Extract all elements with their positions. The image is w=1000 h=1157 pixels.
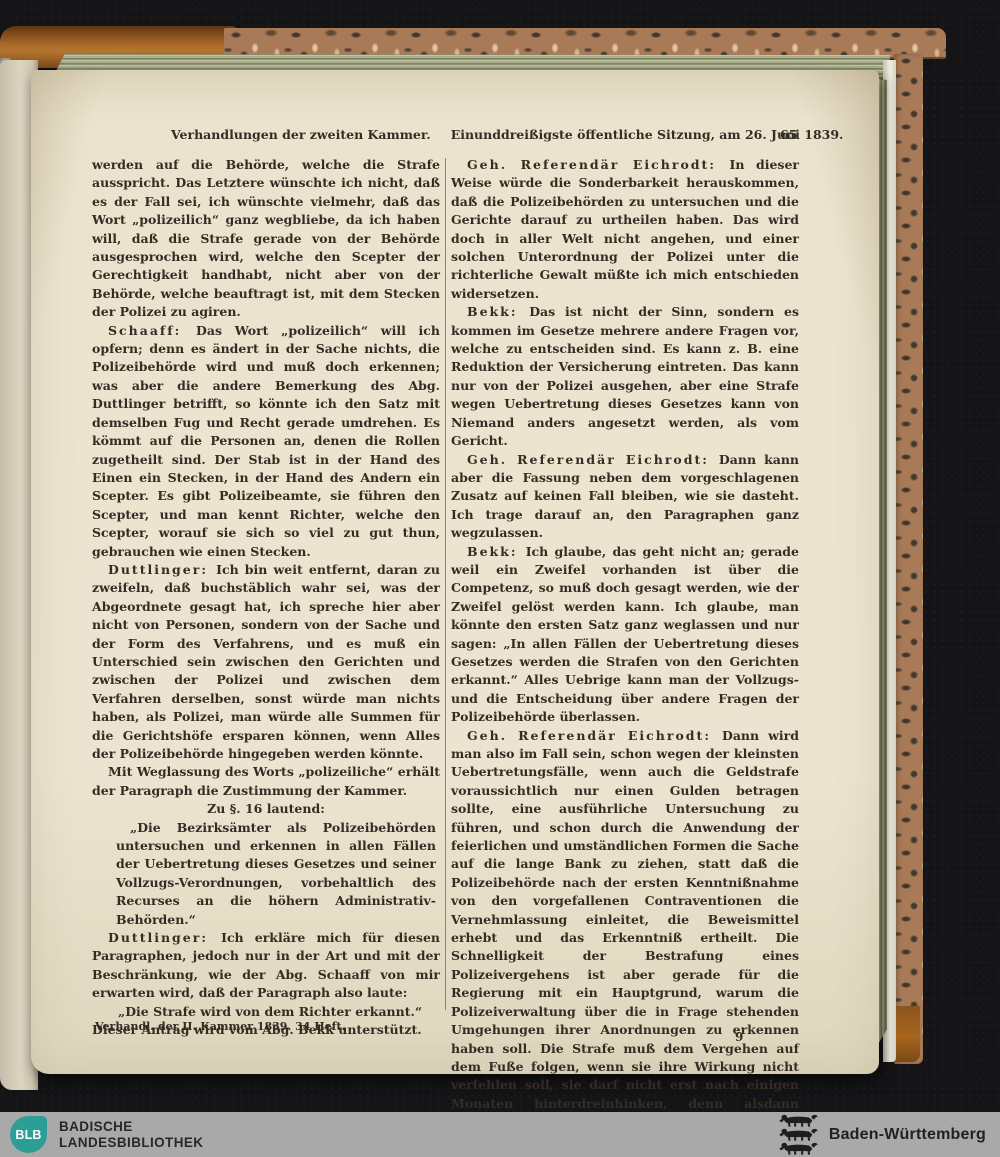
region-name: Baden-Württemberg: [829, 1126, 986, 1144]
library-name: BADISCHE LANDESBIBLIOTHEK: [59, 1119, 203, 1151]
paragraph: Duttlinger: Ich erkläre mich für diesen …: [92, 929, 440, 1003]
library-banner: BLB BADISCHE LANDESBIBLIOTHEK Baden-Würt…: [0, 1112, 1000, 1157]
blb-logo-text: BLB: [15, 1128, 41, 1142]
header-left: Verhandlungen der zweiten Kammer.: [171, 127, 431, 142]
paragraph: Schaaff: Das Wort „polizeilich“ will ich…: [92, 322, 440, 561]
paragraph: Mit Weglassung des Worts „polizeiliche“ …: [92, 763, 440, 800]
speaker-name: Bekk:: [467, 544, 526, 559]
library-name-line1: BADISCHE: [59, 1119, 203, 1135]
leather-corner-patch: [893, 1006, 920, 1062]
blb-logo: BLB: [10, 1116, 47, 1153]
scanned-page: Verhandlungen der zweiten Kammer. Einund…: [31, 70, 879, 1074]
library-name-line2: LANDESBIBLIOTHEK: [59, 1135, 203, 1151]
right-column: Geh. Referendär Eichrodt: In dieser Weis…: [451, 156, 799, 1150]
column-divider: [445, 158, 446, 1010]
volume-footnote: Verhandl. der II. Kammer 1839. 34 Heft.: [95, 1020, 345, 1033]
paragraph: Bekk: Ich glaube, das geht nicht an; ger…: [451, 543, 799, 727]
paragraph: werden auf die Behörde, welche die Straf…: [92, 156, 440, 322]
baden-wuerttemberg-lions-icon: [779, 1114, 819, 1156]
marbled-board-right: [894, 54, 923, 1064]
speaker-name: Geh. Referendär Eichrodt:: [467, 452, 719, 467]
speaker-name: Geh. Referendär Eichrodt:: [467, 157, 729, 172]
page-number: 65: [780, 127, 797, 142]
speaker-name: Bekk:: [467, 304, 529, 319]
paragraph: Geh. Referendär Eichrodt: Dann kann aber…: [451, 451, 799, 543]
book-photograph: Verhandlungen der zweiten Kammer. Einund…: [0, 0, 1000, 1112]
speaker-name: Geh. Referendär Eichrodt:: [467, 728, 722, 743]
speaker-name: Duttlinger:: [108, 562, 216, 577]
paragraph: „Die Strafe wird von dem Richter erkannt…: [92, 1003, 440, 1021]
speaker-name: Duttlinger:: [108, 930, 221, 945]
left-column: werden auf die Behörde, welche die Straf…: [92, 156, 440, 1040]
paragraph: „Die Bezirksämter als Polizeibehörden un…: [116, 819, 436, 929]
text-columns: werden auf die Behörde, welche die Straf…: [92, 156, 820, 1150]
paragraph: Zu §. 16 lautend:: [92, 800, 440, 818]
paragraph: Bekk: Das ist nicht der Sinn, sondern es…: [451, 303, 799, 450]
signature-mark: 9: [735, 1030, 743, 1044]
speaker-name: Schaaff:: [108, 323, 196, 338]
running-header: Verhandlungen der zweiten Kammer. Einund…: [171, 127, 731, 142]
paragraph: Geh. Referendär Eichrodt: Dann wird man …: [451, 727, 799, 1150]
paragraph: Duttlinger: Ich bin weit entfernt, daran…: [92, 561, 440, 763]
paragraph: Geh. Referendär Eichrodt: In dieser Weis…: [451, 156, 799, 303]
baden-wuerttemberg-mark: Baden-Württemberg: [779, 1114, 986, 1156]
